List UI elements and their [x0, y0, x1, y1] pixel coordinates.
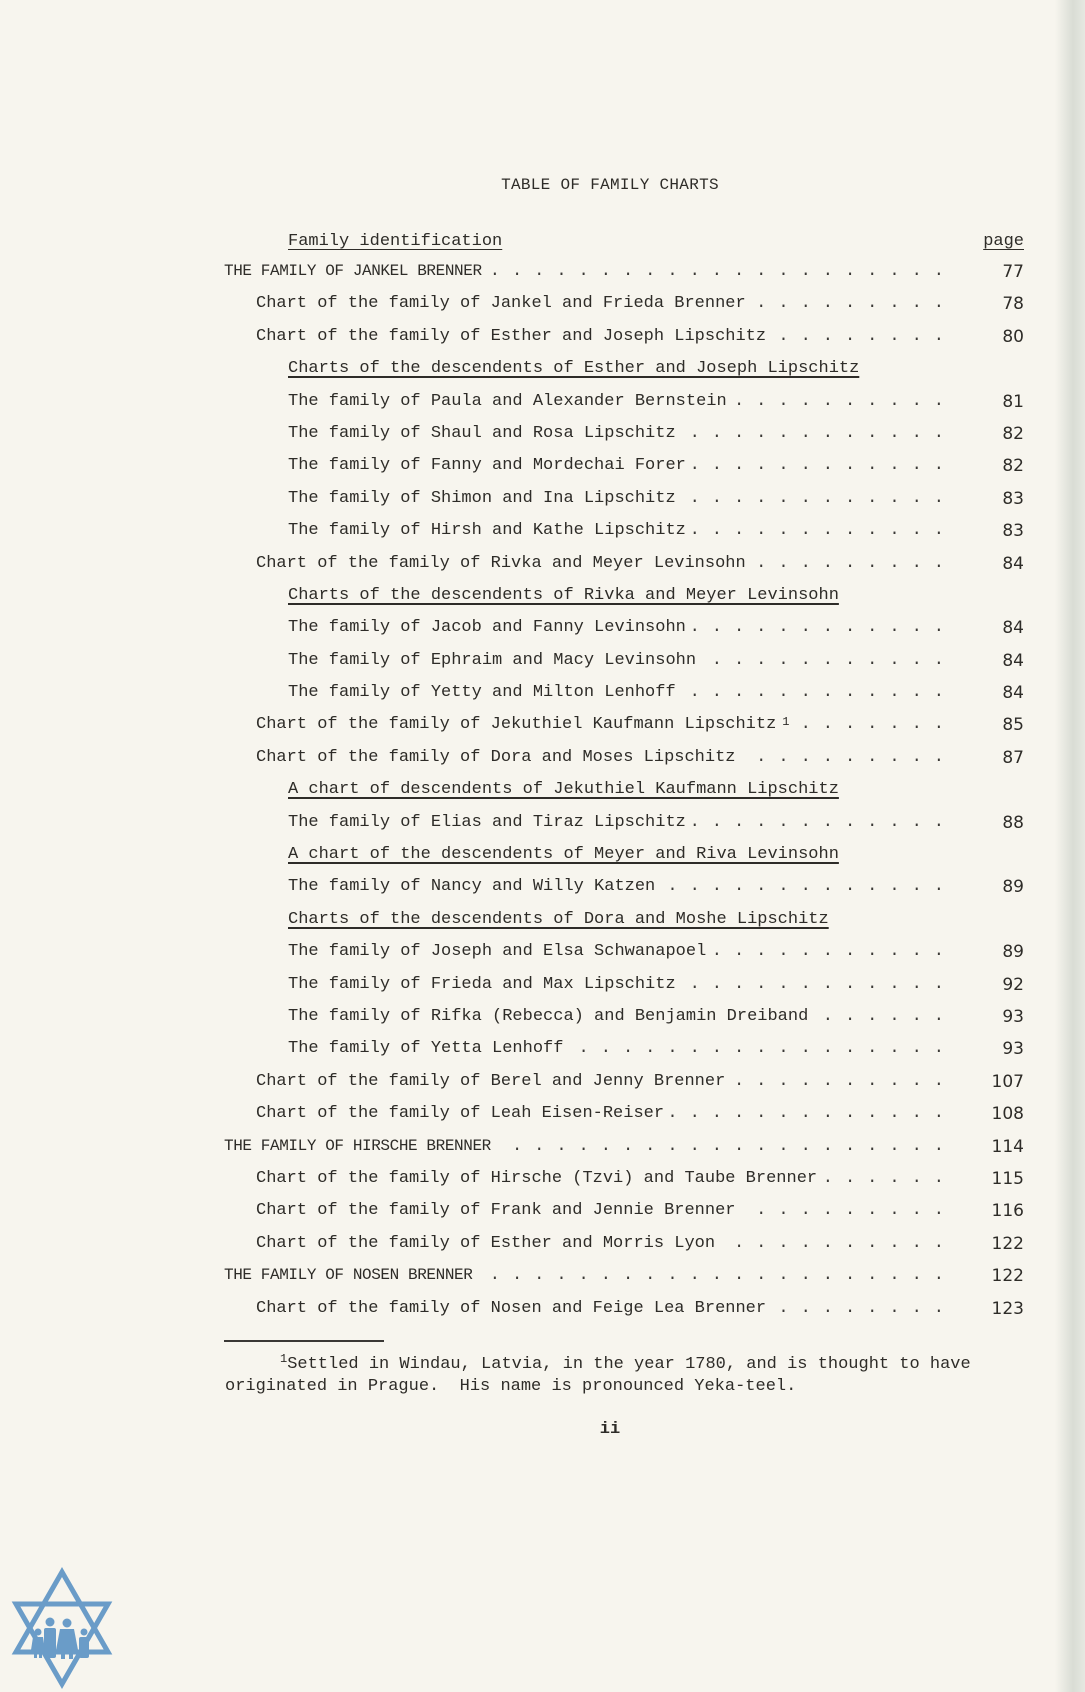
footnote-line-1: Settled in Windau, Latvia, in the year 1…: [287, 1355, 971, 1374]
entry-title: The family of Elias and Tiraz Lipschitz: [288, 813, 692, 832]
entry-title: Chart of the family of Jankel and Frieda…: [256, 294, 752, 313]
toc-subheading: Charts of the descendents of Dora and Mo…: [224, 910, 1024, 942]
entry-title: Charts of the descendents of Rivka and M…: [288, 586, 845, 605]
star-of-david-family-icon: [0, 1550, 125, 1692]
entry-page-number: 93: [984, 1007, 1024, 1027]
toc-entry: Chart of the family of Rivka and Meyer L…: [224, 554, 1024, 586]
entry-title: Chart of the family of Rivka and Meyer L…: [256, 554, 752, 573]
toc-subheading: Charts of the descendents of Rivka and M…: [224, 586, 1024, 618]
toc-entry: The family of Ephraim and Macy Levinsohn…: [224, 651, 1024, 683]
entry-page-number: 116: [984, 1201, 1024, 1221]
entry-page-number: 87: [984, 748, 1024, 768]
entry-page-number: 85: [984, 715, 1024, 735]
leader-dots: ........................................: [733, 392, 984, 411]
leader-dots: ........................................: [721, 1234, 984, 1253]
entry-page-number: 122: [984, 1234, 1024, 1254]
entry-title: Chart of the family of Hirsche (Tzvi) an…: [256, 1169, 823, 1188]
entry-title: Chart of the family of Berel and Jenny B…: [256, 1072, 731, 1091]
toc-entry: The family of Yetty and Milton Lenhoff..…: [224, 683, 1024, 715]
toc-section: THE FAMILY OF NOSEN BRENNER.............…: [224, 1266, 1024, 1298]
leader-dots: ........................................: [682, 489, 984, 508]
entry-title: Chart of the family of Nosen and Feige L…: [256, 1299, 772, 1318]
leader-dots: ........................................: [814, 1007, 984, 1026]
page-number: ii: [0, 1420, 1085, 1439]
entry-title: The family of Hirsh and Kathe Lipschitz: [288, 521, 692, 540]
toc-entry: Chart of the family of Leah Eisen-Reiser…: [224, 1104, 1024, 1136]
entry-page-number: 107: [984, 1072, 1024, 1092]
leader-dots: ........................................: [682, 424, 984, 443]
leader-dots: ........................................: [692, 521, 984, 540]
toc-entry: Chart of the family of Nosen and Feige L…: [224, 1299, 1024, 1331]
toc-rows: THE FAMILY OF JANKEL BRENNER............…: [224, 262, 1024, 1331]
toc-entry: The family of Joseph and Elsa Schwanapoe…: [224, 942, 1024, 974]
leader-dots: ........................................: [497, 1137, 984, 1156]
toc-subheading: A chart of the descendents of Meyer and …: [224, 845, 1024, 877]
entry-page-number: 114: [984, 1137, 1024, 1157]
leader-dots: ........................................: [752, 294, 984, 313]
entry-page-number: 83: [984, 521, 1024, 541]
toc-entry: The family of Shaul and Rosa Lipschitz..…: [224, 424, 1024, 456]
page-title: TABLE OF FAMILY CHARTS: [0, 176, 1085, 194]
toc-entry: The family of Nancy and Willy Katzen....…: [224, 877, 1024, 909]
footnote: 1Settled in Windau, Latvia, in the year …: [225, 1348, 1025, 1398]
entry-page-number: 80: [984, 327, 1024, 347]
entry-title: A chart of the descendents of Meyer and …: [288, 845, 845, 864]
entry-title: Charts of the descendents of Dora and Mo…: [288, 910, 835, 929]
entry-page-number: 92: [984, 975, 1024, 995]
entry-title: The family of Fanny and Mordechai Forer: [288, 456, 692, 475]
entry-title: Chart of the family of Esther and Morris…: [256, 1234, 721, 1253]
entry-title: THE FAMILY OF HIRSCHE BRENNER: [224, 1137, 497, 1156]
leader-dots: ........................................: [712, 942, 984, 961]
entry-page-number: 88: [984, 813, 1024, 833]
toc-entry: Chart of the family of Dora and Moses Li…: [224, 748, 1024, 780]
entry-title: The family of Yetty and Milton Lenhoff: [288, 683, 682, 702]
leader-dots: ........................................: [731, 1072, 984, 1091]
entry-title: The family of Yetta Lenhoff: [288, 1039, 569, 1058]
toc-subheading: Charts of the descendents of Esther and …: [224, 359, 1024, 391]
leader-dots: ........................................: [752, 554, 984, 573]
leader-dots: ........................................: [569, 1039, 984, 1058]
toc-section: THE FAMILY OF HIRSCHE BRENNER...........…: [224, 1137, 1024, 1169]
toc-entry: The family of Jacob and Fanny Levinsohn.…: [224, 618, 1024, 650]
toc-entry: The family of Hirsh and Kathe Lipschitz.…: [224, 521, 1024, 553]
entry-title: The family of Ephraim and Macy Levinsohn: [288, 651, 702, 670]
entry-page-number: 84: [984, 618, 1024, 638]
entry-title: The family of Nancy and Willy Katzen: [288, 877, 661, 896]
entry-page-number: 89: [984, 877, 1024, 897]
leader-dots: ........................................: [670, 1104, 984, 1123]
toc-entry: The family of Elias and Tiraz Lipschitz.…: [224, 813, 1024, 845]
column-label-identification: Family identification: [288, 232, 502, 251]
entry-page-number: 81: [984, 392, 1024, 412]
entry-title: The family of Rifka (Rebecca) and Benjam…: [288, 1007, 814, 1026]
entry-title: Chart of the family of Jekuthiel Kaufman…: [256, 715, 782, 734]
entry-page-number: 82: [984, 456, 1024, 476]
entry-title: THE FAMILY OF JANKEL BRENNER: [224, 262, 488, 281]
entry-page-number: 115: [984, 1169, 1024, 1189]
toc-entry: Chart of the family of Esther and Morris…: [224, 1234, 1024, 1266]
toc-header: Family identification page: [224, 232, 1024, 262]
toc-entry: Chart of the family of Jekuthiel Kaufman…: [224, 715, 1024, 747]
toc-entry: The family of Rifka (Rebecca) and Benjam…: [224, 1007, 1024, 1039]
column-label-page: page: [983, 232, 1024, 251]
entry-page-number: 84: [984, 554, 1024, 574]
toc-section: THE FAMILY OF JANKEL BRENNER............…: [224, 262, 1024, 294]
leader-dots: ........................................: [682, 683, 984, 702]
footnote-line-2: originated in Prague. His name is pronou…: [225, 1377, 796, 1396]
entry-title: Charts of the descendents of Esther and …: [288, 359, 865, 378]
footnote-reference: 1: [782, 715, 789, 734]
leader-dots: ........................................: [692, 456, 984, 475]
toc-entry: The family of Yetta Lenhoff.............…: [224, 1039, 1024, 1071]
leader-dots: ........................................: [741, 1201, 984, 1220]
entry-page-number: 123: [984, 1299, 1024, 1319]
leader-dots: ........................................: [478, 1266, 984, 1285]
toc-subheading: A chart of descendents of Jekuthiel Kauf…: [224, 780, 1024, 812]
leader-dots: ........................................: [692, 618, 984, 637]
entry-page-number: 89: [984, 942, 1024, 962]
leader-dots: ........................................: [488, 262, 984, 281]
leader-dots: ........................................: [661, 877, 984, 896]
entry-title: The family of Joseph and Elsa Schwanapoe…: [288, 942, 712, 961]
entry-title: Chart of the family of Leah Eisen-Reiser: [256, 1104, 670, 1123]
entry-title: The family of Frieda and Max Lipschitz: [288, 975, 682, 994]
toc-entry: The family of Frieda and Max Lipschitz..…: [224, 975, 1024, 1007]
toc-entry: The family of Paula and Alexander Bernst…: [224, 392, 1024, 424]
entry-page-number: 77: [984, 262, 1024, 282]
entry-page-number: 83: [984, 489, 1024, 509]
leader-dots: ........................................: [772, 1299, 984, 1318]
toc-entry: Chart of the family of Esther and Joseph…: [224, 327, 1024, 359]
toc-entry: The family of Shimon and Ina Lipschitz..…: [224, 489, 1024, 521]
entry-page-number: 84: [984, 683, 1024, 703]
toc-entry: Chart of the family of Hirsche (Tzvi) an…: [224, 1169, 1024, 1201]
entry-page-number: 108: [984, 1104, 1024, 1124]
leader-dots: ........................................: [682, 975, 984, 994]
toc-entry: The family of Fanny and Mordechai Forer.…: [224, 456, 1024, 488]
leader-dots: ........................................: [702, 651, 984, 670]
entry-page-number: 122: [984, 1266, 1024, 1286]
toc-entry: Chart of the family of Berel and Jenny B…: [224, 1072, 1024, 1104]
leader-dots: ........................................: [790, 715, 985, 734]
toc-entry: Chart of the family of Jankel and Frieda…: [224, 294, 1024, 326]
entry-title: Chart of the family of Frank and Jennie …: [256, 1201, 741, 1220]
leader-dots: ........................................: [772, 327, 984, 346]
entry-title: The family of Jacob and Fanny Levinsohn: [288, 618, 692, 637]
entry-title: The family of Paula and Alexander Bernst…: [288, 392, 733, 411]
entry-page-number: 84: [984, 651, 1024, 671]
leader-dots: ........................................: [741, 748, 984, 767]
entry-page-number: 78: [984, 294, 1024, 314]
entry-title: Chart of the family of Dora and Moses Li…: [256, 748, 741, 767]
table-of-contents: Family identification page THE FAMILY OF…: [224, 232, 1024, 1331]
entry-page-number: 82: [984, 424, 1024, 444]
entry-title: THE FAMILY OF NOSEN BRENNER: [224, 1266, 478, 1285]
leader-dots: ........................................: [823, 1169, 984, 1188]
toc-entry: Chart of the family of Frank and Jennie …: [224, 1201, 1024, 1233]
entry-page-number: 93: [984, 1039, 1024, 1059]
leader-dots: ........................................: [692, 813, 984, 832]
entry-title: The family of Shaul and Rosa Lipschitz: [288, 424, 682, 443]
entry-title: Chart of the family of Esther and Joseph…: [256, 327, 772, 346]
footnote-rule: [224, 1340, 384, 1342]
entry-title: The family of Shimon and Ina Lipschitz: [288, 489, 682, 508]
entry-title: A chart of descendents of Jekuthiel Kauf…: [288, 780, 845, 799]
